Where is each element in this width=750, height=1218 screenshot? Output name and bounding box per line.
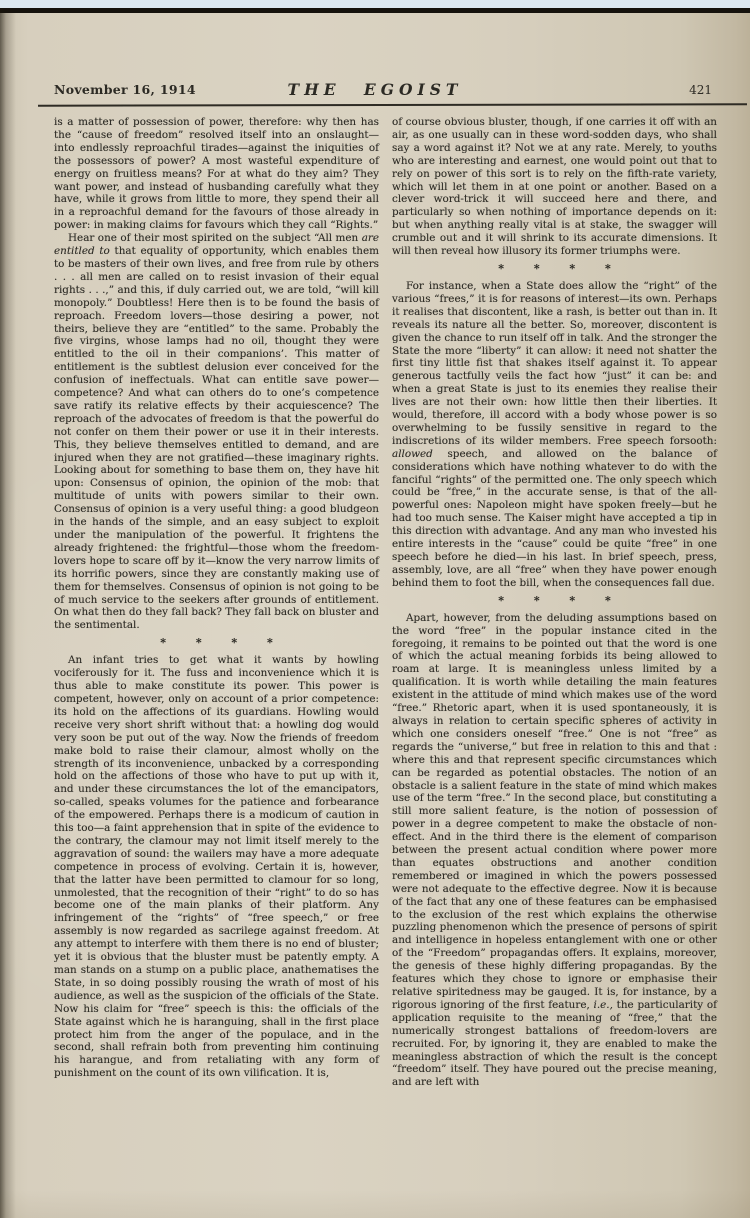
paragraph: is a matter of possession of power, ther… — [54, 116, 379, 232]
scanned-magazine-page: November 16, 1914 THE EGOIST 421 is a ma… — [0, 0, 750, 1218]
scan-top-edge — [0, 8, 750, 13]
left-column: is a matter of possession of power, ther… — [54, 116, 379, 1089]
section-divider-stars: * * * * — [392, 258, 717, 280]
page-number: 421 — [689, 83, 712, 97]
paragraph: For instance, when a State does allow th… — [392, 280, 717, 590]
scan-bottom-shadow — [0, 1190, 750, 1218]
issue-date: November 16, 1914 — [54, 82, 196, 97]
paragraph: Hear one of their most spirited on the s… — [54, 232, 379, 632]
paragraph: of course obvious bluster, though, if on… — [392, 116, 717, 258]
paragraph: Apart, however, from the deluding assump… — [392, 612, 717, 1090]
article-body: is a matter of possession of power, ther… — [54, 116, 717, 1089]
right-column: of course obvious bluster, though, if on… — [392, 116, 717, 1089]
paragraph: An infant tries to get what it wants by … — [54, 654, 379, 1080]
magazine-title: THE EGOIST — [288, 80, 463, 99]
section-divider-stars: * * * * — [54, 632, 379, 654]
scan-left-shadow — [0, 8, 16, 1218]
section-divider-stars: * * * * — [392, 590, 717, 612]
page-header: November 16, 1914 THE EGOIST 421 — [0, 80, 750, 100]
